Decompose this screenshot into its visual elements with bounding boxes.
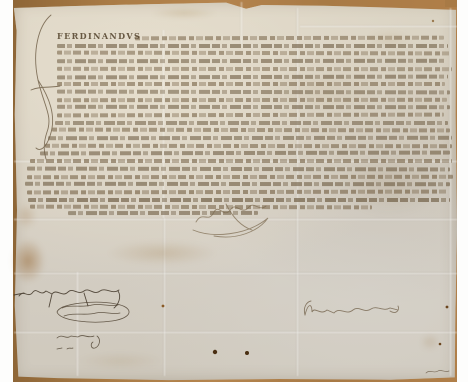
- photo-backdrop: [13, 0, 457, 382]
- manuscript-photo: FERDINANDVS: [0, 0, 468, 382]
- backdrop-corner: [445, 0, 457, 7]
- opening-word: FERDINANDVS: [57, 31, 141, 41]
- parchment-sheet: [13, 0, 457, 382]
